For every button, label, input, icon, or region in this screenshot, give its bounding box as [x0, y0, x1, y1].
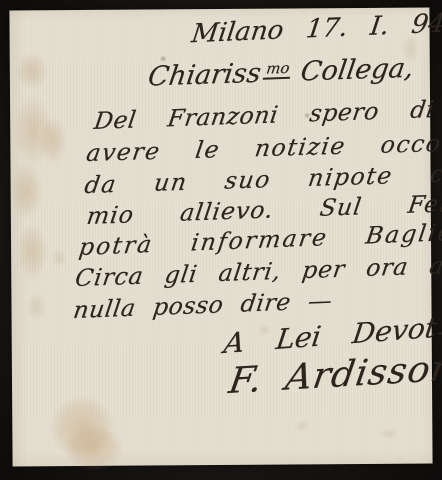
salutation-text: Chiariss: [146, 58, 263, 93]
foxing-stain: [17, 222, 47, 280]
letter-salutation: ChiarissmoCollega,: [146, 53, 416, 93]
foxing-stain: [10, 162, 42, 220]
closing-superscript: mo: [439, 314, 442, 335]
foxing-stain: [16, 52, 48, 90]
letter-body-line: Del Franzoni spero di poter: [92, 92, 442, 135]
letter-body-line: nulla posso dire —: [72, 286, 335, 324]
foxing-stain: [380, 428, 398, 440]
salutation-rest: Collega,: [299, 53, 416, 88]
foxing-stain: [64, 426, 122, 470]
photo-background: { "document_type": "handwritten-letter-s…: [0, 0, 442, 480]
letter-paper: Milano 17. I. 94 ChiarissmoCollega, Del …: [9, 8, 432, 467]
foxing-stain: [294, 420, 310, 431]
letter-dateline: Milano 17. I. 94: [190, 9, 442, 50]
foxing-stain: [25, 292, 47, 322]
foxing-stain: [14, 94, 53, 166]
foxing-stain: [50, 396, 114, 458]
foxing-stain: [40, 116, 66, 164]
foxing-stain: [51, 248, 67, 268]
salutation-superscript: mo: [263, 61, 293, 80]
